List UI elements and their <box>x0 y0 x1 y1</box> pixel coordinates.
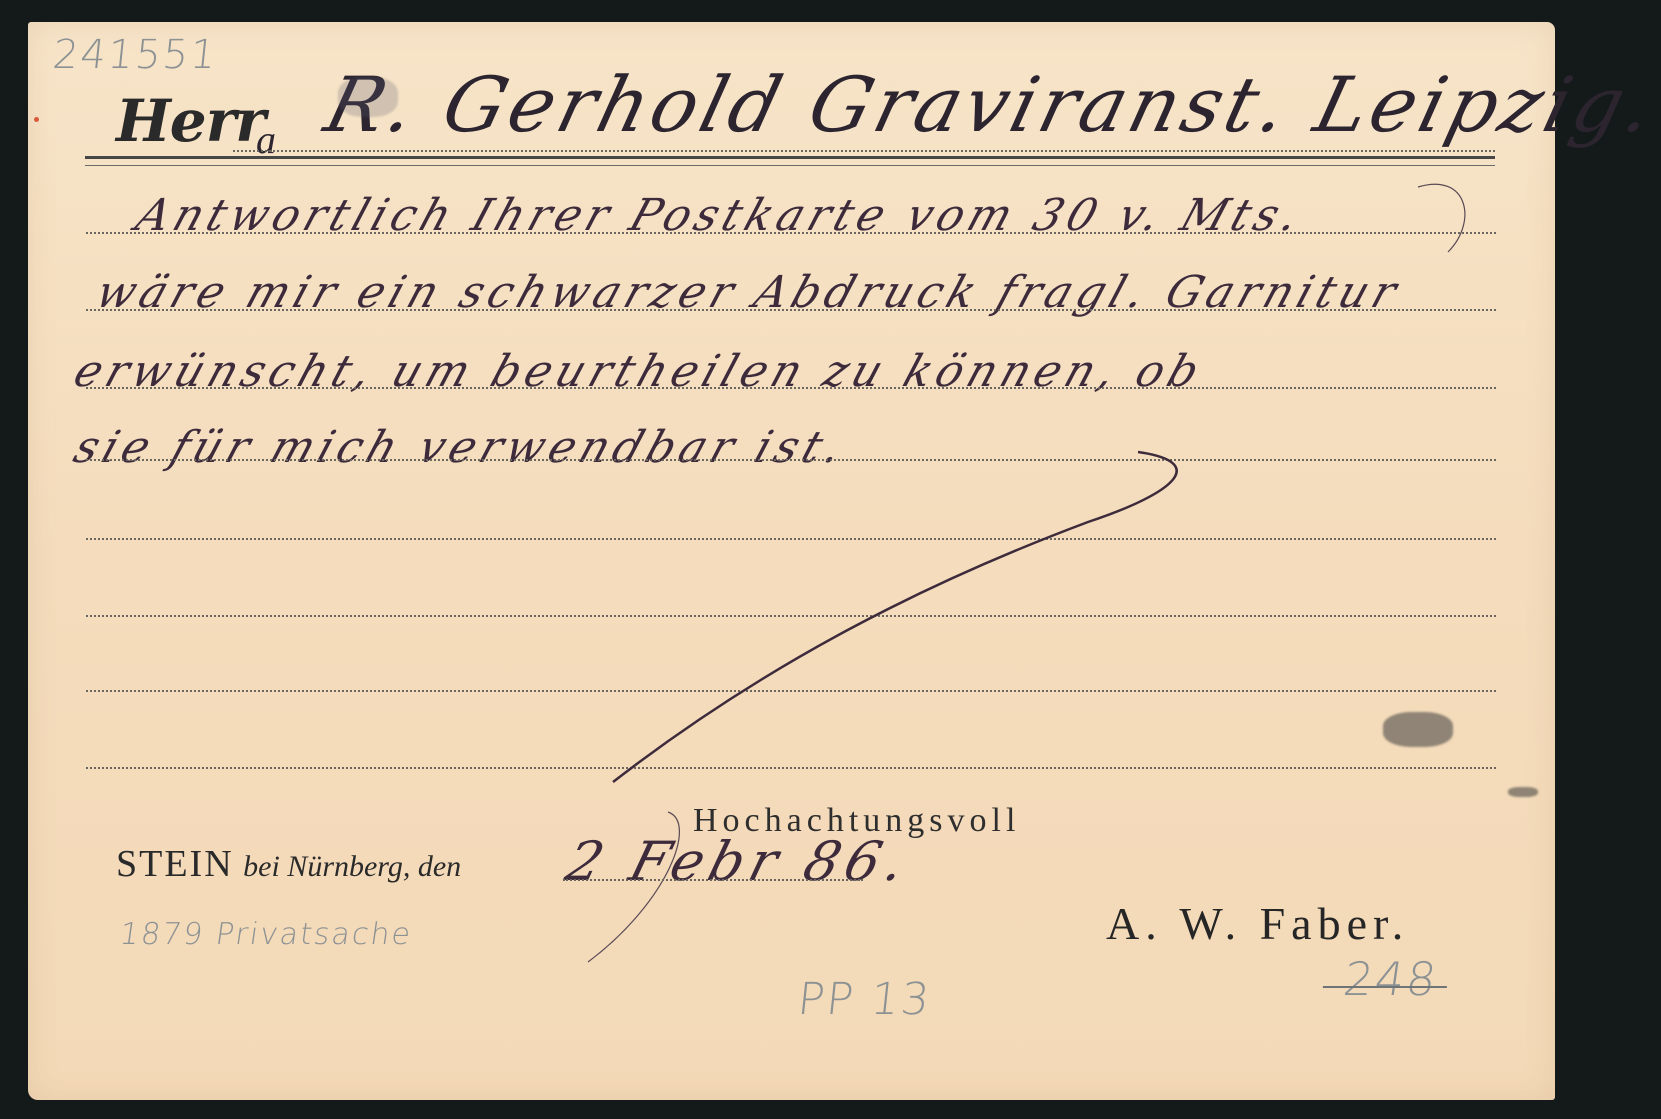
writing-rule-1 <box>86 232 1496 234</box>
writing-rule-8 <box>86 767 1496 769</box>
postcard: 241551 Herr a R. Gerhold Graviranst. Lei… <box>28 22 1555 1100</box>
struck-number-pencil-note: 248 <box>1340 952 1441 1006</box>
pp-pencil-note: PP 13 <box>795 974 933 1025</box>
ink-smudge <box>1383 712 1453 747</box>
printed-salutation: Herr <box>116 87 265 155</box>
address-dotted-line <box>233 150 1495 152</box>
address-double-rule <box>85 156 1495 166</box>
message-line-3: erwünscht, um beurtheilen zu können, ob <box>68 346 1211 397</box>
message-line-4: sie für mich verwendbar ist. <box>68 422 854 473</box>
archive-number-pencil-note: 241551 <box>51 32 221 78</box>
writing-rule-4 <box>86 459 1496 461</box>
recipient-address-handwritten: R. Gerhold Graviranst. Leipzig. <box>317 60 1661 149</box>
ink-smudge <box>338 77 398 117</box>
ink-smudge <box>1508 787 1538 797</box>
strike-through-line <box>1323 986 1447 988</box>
place-suffix: bei Nürnberg, den <box>243 850 461 883</box>
writing-rule-2 <box>86 309 1496 311</box>
date-dotted-line <box>563 879 863 881</box>
writing-rule-6 <box>86 615 1496 617</box>
writing-rule-7 <box>86 690 1496 692</box>
place-name: STEIN <box>116 843 234 885</box>
struck-number-text: 248 <box>1340 952 1441 1006</box>
writing-rule-5 <box>86 538 1496 540</box>
red-speck-mark <box>34 117 39 122</box>
place-date-line: STEIN bei Nürnberg, den <box>116 842 461 886</box>
year-pencil-note: 1879 Privatsache <box>118 917 415 952</box>
company-signature: A. W. Faber. <box>1106 897 1409 950</box>
handwritten-date: 2 Febr 86. <box>560 830 918 893</box>
writing-rule-3 <box>86 387 1496 389</box>
